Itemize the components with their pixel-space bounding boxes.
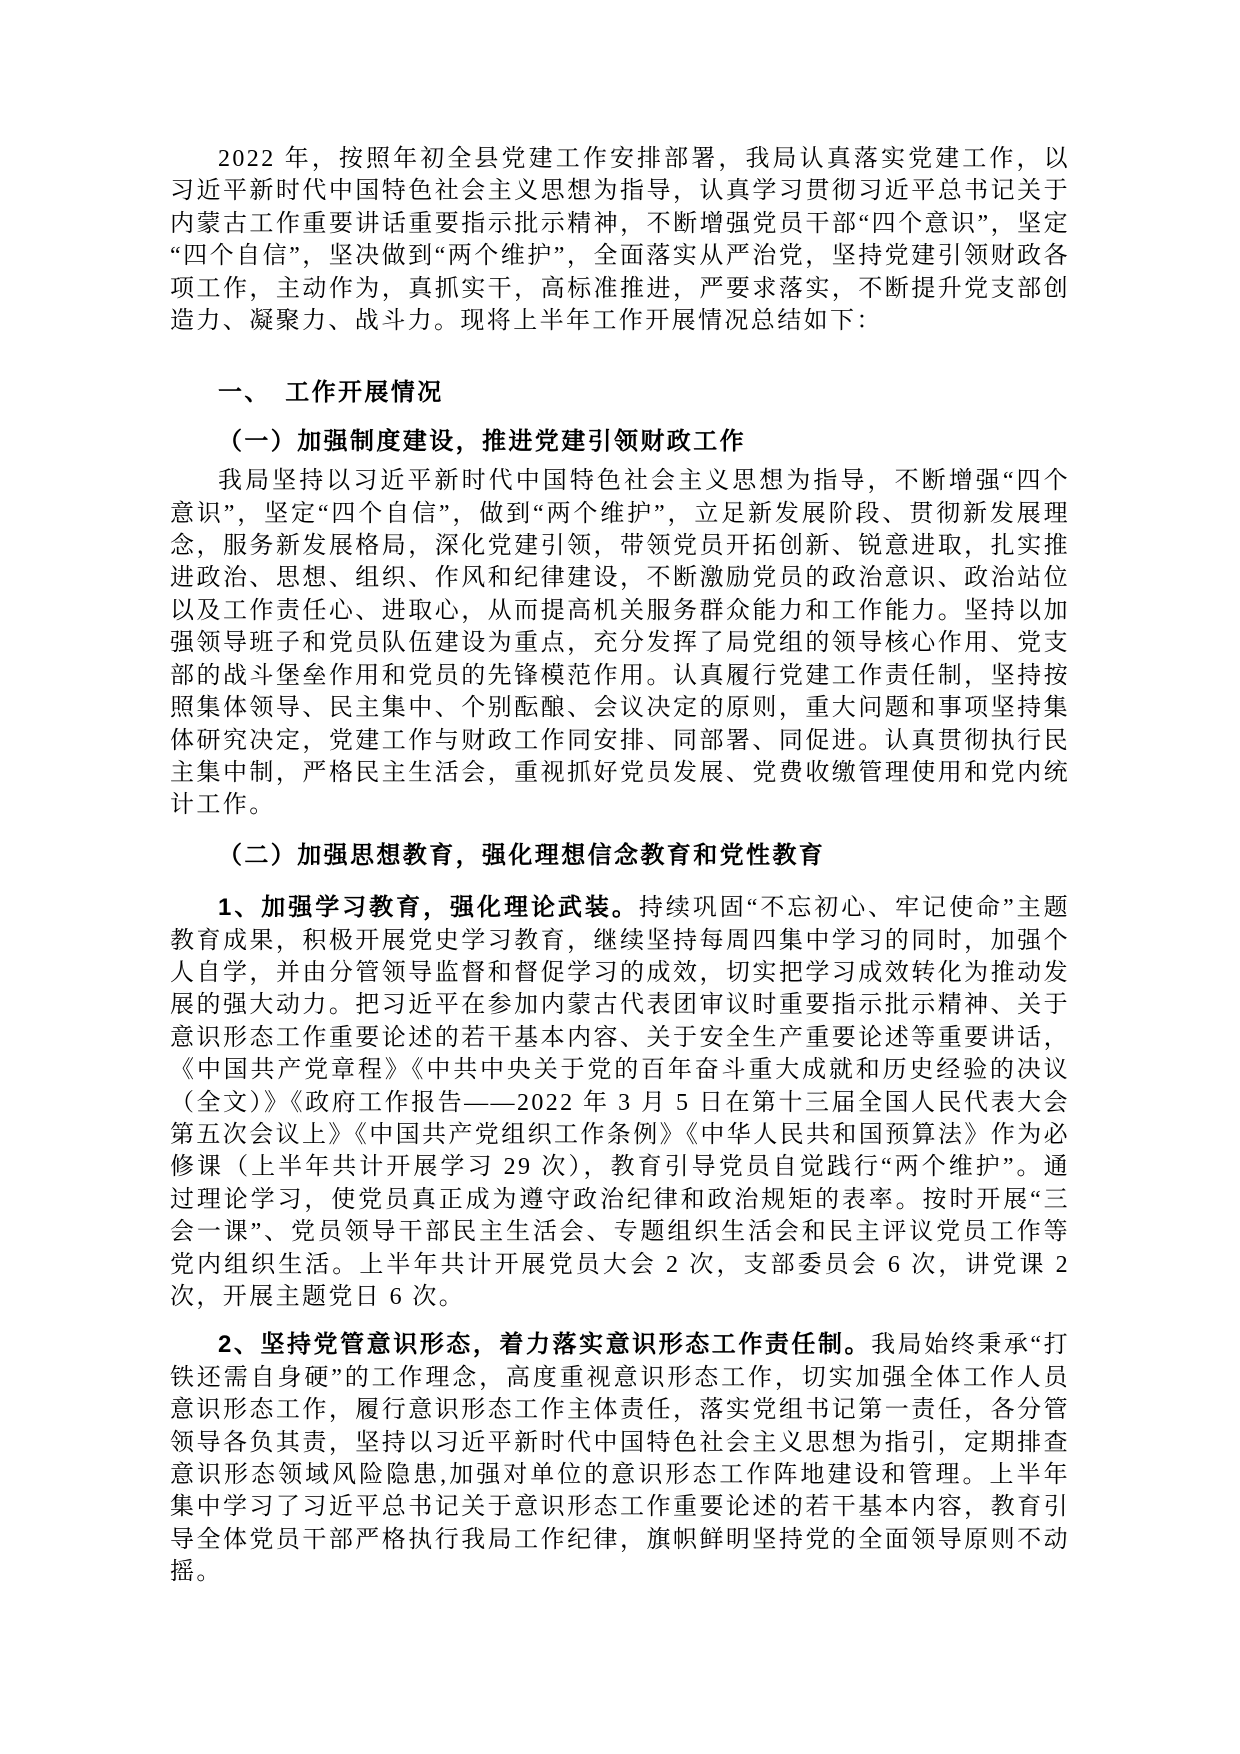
document-page: 2022 年，按照年初全县党建工作安排部署，我局认真落实党建工作，以习近平新时代… (0, 0, 1240, 1754)
document-body: 2022 年，按照年初全县党建工作安排部署，我局认真落实党建工作，以习近平新时代… (170, 143, 1070, 1589)
item-2-paragraph: 2、坚持党管意识形态，着力落实意识形态工作责任制。我局始终秉承“打铁还需自身硬”… (170, 1329, 1070, 1588)
subsection-1-paragraph: 我局坚持以习近平新时代中国特色社会主义思想为指导，不断增强“四个意识”，坚定“四… (170, 465, 1070, 821)
item-1-paragraph: 1、加强学习教育，强化理论武装。持续巩固“不忘初心、牢记使命”主题教育成果，积极… (170, 892, 1070, 1313)
intro-paragraph: 2022 年，按照年初全县党建工作安排部署，我局认真落实党建工作，以习近平新时代… (170, 143, 1070, 337)
item-1-text: 持续巩固“不忘初心、牢记使命”主题教育成果，积极开展党史学习教育，继续坚持每周四… (170, 895, 1070, 1310)
item-2-lead: 2、坚持党管意识形态，着力落实意识形态工作责任制。 (218, 1331, 871, 1358)
subsection-2-heading: （二）加强思想教育，强化理想信念教育和党性教育 (170, 840, 1070, 872)
item-2-text: 我局始终秉承“打铁还需自身硬”的工作理念，高度重视意识形态工作，切实加强全体工作… (170, 1332, 1070, 1585)
subsection-1-heading: （一）加强制度建设，推进党建引领财政工作 (170, 426, 1070, 458)
section-1-heading: 一、 工作开展情况 (170, 377, 1070, 409)
item-1-lead: 1、加强学习教育，强化理论武装。 (218, 894, 639, 921)
